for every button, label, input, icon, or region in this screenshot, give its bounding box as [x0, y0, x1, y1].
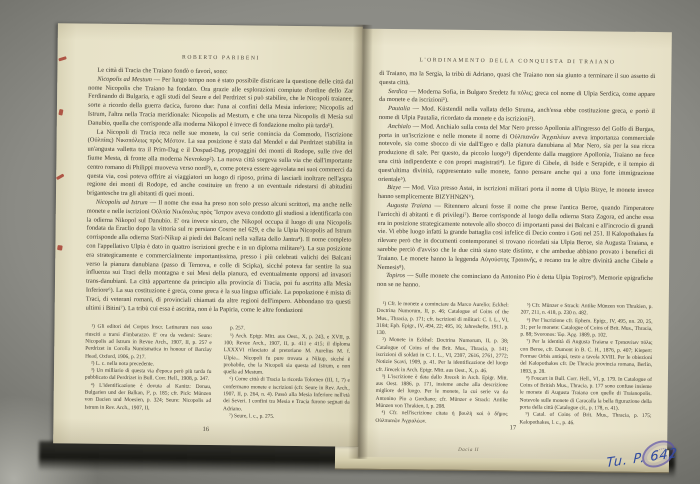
- paragraph-text: — Mod. Viza presso Astai, in iscrizioni …: [378, 185, 654, 202]
- footnote: ⁸) Foucart in Bull. Corr. Hell., VI, p. …: [520, 375, 652, 413]
- running-head-author: ROBERTO PARIBENI: [89, 54, 354, 63]
- paragraph-text: La Nicopoli di Tracia reca nelle sue mon…: [87, 128, 353, 198]
- right-page-footnotes: ¹) Cfr. le monete a cominciare da Marco …: [375, 301, 652, 428]
- footnote: ⁶) Come città di Tracia la ricorda Tolom…: [223, 377, 350, 415]
- paragraph-text: di Traiano, ma la Sergia, la tribù di Ad…: [379, 70, 655, 86]
- footnote: ³) L'iscrizione è data dallo Jirecek in …: [376, 374, 508, 412]
- paragraph-text: — Mod. Anchialo sulla costa del Mar Nero…: [378, 123, 655, 183]
- page-number-left: 16: [53, 424, 358, 434]
- paragraph-lead-italic: Nicopolis ad Mestum: [97, 76, 152, 84]
- left-page-footnotes: ¹) Gli editori del Corpus Inscr. Latinar…: [84, 324, 350, 422]
- footnote: ¹) Cfr. le monete a cominciare da Marco …: [376, 301, 508, 339]
- book-spread: ROBERTO PARIBENI Le città di Tracia che …: [47, 17, 674, 460]
- footnote-column-1: ¹) Gli editori del Corpus Inscr. Latinar…: [84, 324, 212, 420]
- paragraph-text: Le città di Tracia che Traiano fondò o f…: [97, 67, 227, 75]
- paragraph-lead-italic: Anchialo: [388, 123, 411, 130]
- paragraph: Nicopolis ad Istrum — Il nome che essa h…: [86, 199, 352, 316]
- left-page: ROBERTO PARIBENI Le città di Tracia che …: [53, 23, 363, 446]
- paragraph: La Nicopoli di Tracia reca nelle sue mon…: [87, 128, 353, 201]
- right-page: L'ORDINAMENTO DELLA CONQUISTA DI TRAIANO…: [358, 29, 672, 460]
- footnote: ⁴) L'identificazione è dovuta al Kanitz:…: [85, 382, 212, 413]
- paragraph-lead-italic: Serdica: [388, 88, 407, 95]
- printer-signature-mark: Dacia II: [458, 448, 479, 453]
- footnote: ⁷) Per la identità di Augusta Traiana e …: [520, 339, 652, 377]
- paragraph-lead-italic: Augusta Traiana: [387, 202, 431, 210]
- footnote: ²) Monete in Eckhel: Doctrina Numorum, I…: [376, 337, 508, 375]
- footnote-column-1: ¹) Cfr. le monete a cominciare da Marco …: [375, 301, 508, 427]
- footnote: ¹) Gli editori del Corpus Inscr. Latinar…: [85, 324, 212, 362]
- paragraph: Augusta Traiana — Ritennero alcuni fosse…: [377, 202, 654, 276]
- footnote: ⁶) Per l'iscrizione cfr. Ephem. Epigr., …: [520, 317, 652, 340]
- paragraph: Anchialo — Mod. Anchialo sulla costa del…: [378, 123, 655, 188]
- paragraph-text: — Mod. Küstendil nella vallata dello Str…: [379, 105, 655, 122]
- red-margin-mark: [58, 56, 67, 61]
- scanner-background: ROBERTO PARIBENI Le città di Tracia che …: [0, 0, 700, 484]
- red-margin-mark: [56, 174, 64, 181]
- paragraph-lead-italic: Bizye: [387, 184, 401, 191]
- paragraph-text: — Sulle monete che cominciano da Antonin…: [377, 273, 653, 289]
- footnote: ⁵) Cfr. Münzer e Strack: Antike Münzen v…: [521, 302, 653, 318]
- paragraph-lead-italic: Pautalia: [388, 105, 410, 112]
- paragraph-text: — Il nome che essa ha preso non solo pre…: [86, 199, 352, 313]
- paragraph: Nicopolis ad Mestum — Per lungo tempo no…: [88, 75, 354, 131]
- running-head-chapter: L'ORDINAMENTO DELLA CONQUISTA DI TRAIANO: [379, 57, 655, 66]
- paragraph: Topiros — Sulle monete che cominciano da…: [377, 272, 653, 293]
- red-margin-mark: [57, 245, 63, 251]
- footnote-column-2: ⁵) Cfr. Münzer e Strack: Antike Münzen v…: [519, 302, 652, 428]
- footnote-column-2: p. 257.⁵) Arch. Epigr. Mitt. aus Oest., …: [223, 325, 351, 421]
- paragraph-text: — Ritennero alcuni fosse il nome che pre…: [377, 202, 654, 270]
- red-margin-mark: [58, 109, 63, 116]
- paragraph-text: — Per lungo tempo non è stato possibile …: [88, 76, 354, 129]
- paragraph-lead-italic: Nicopolis ad Istrum: [96, 199, 148, 207]
- footnote: ⁷) Seure, l. c., p. 275.: [223, 413, 350, 422]
- paragraph-lead-italic: Topiros: [386, 272, 405, 279]
- right-page-body: di Traiano, ma la Sergia, la tribù di Ad…: [377, 70, 655, 293]
- left-page-body: Le città di Tracia che Traiano fondò o f…: [86, 67, 354, 316]
- footnote: ³) Un milliario di questa via d'epoca pe…: [85, 368, 212, 384]
- paragraph-text: — Moderna Sofia, in Bulgaro Sredetz fu π…: [379, 88, 655, 104]
- footnote: ⁵) Arch. Epigr. Mitt. aus Oest., X, p. 2…: [223, 333, 350, 378]
